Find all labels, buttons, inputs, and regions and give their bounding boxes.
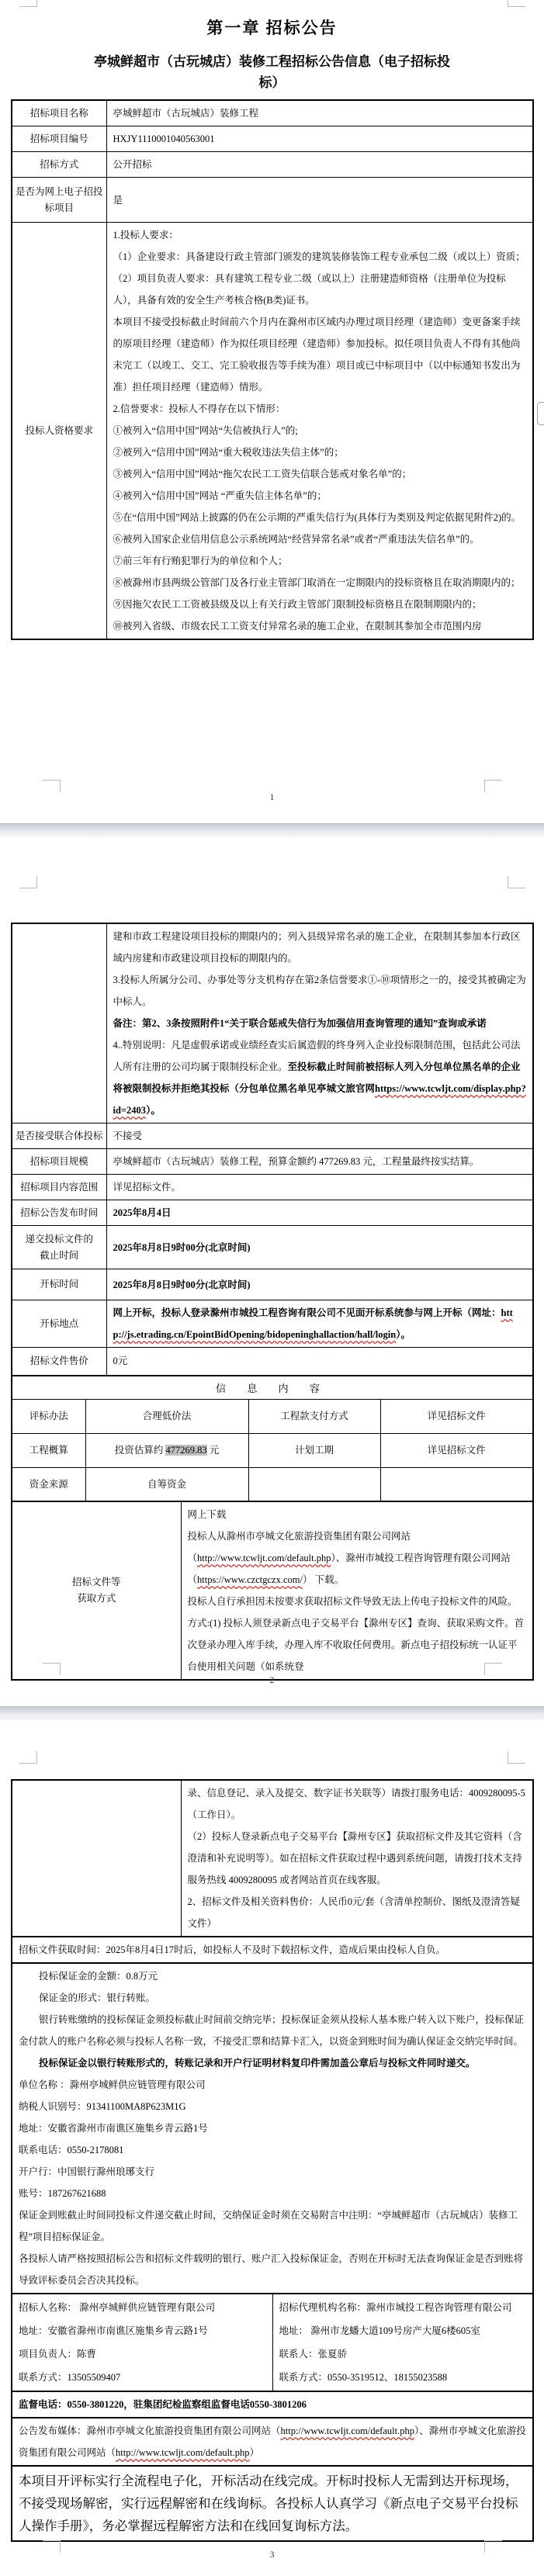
- table-row: 招标项目名称 亭城鲜超市（古玩城店）装修工程: [12, 100, 533, 126]
- deposit-transfer-rule: 银行转账缴纳的投标保证金须投标截止时间前交纳完毕；投标保证金须从投标人基本账户转…: [19, 2009, 526, 2052]
- qualification-content-page1: 1.投标人要求： （1）企业要求：具备建设行政主管部门颁发的建筑装修装饰工程专业…: [106, 223, 533, 640]
- media-text: ）: [249, 2447, 259, 2458]
- tenderer-contact-cell: 招标人名称： 滁州亭城鲜供应链管理有限公司 地址：安徽省滁州市南谯区施集乡青云路…: [12, 2294, 272, 2391]
- deposit-amount: 投标保证金的金额：0.8万元: [19, 1965, 526, 1987]
- qualification-line: 建和市政工程建设项目投标的期限内的；列入县级异常名录的施工企业，在限制其参加本行…: [113, 926, 527, 969]
- obtain-paren: （: [188, 1553, 198, 1563]
- deposit-company: 单位名称 ：滁州亭城鲜供应链管理有限公司: [19, 2074, 526, 2096]
- media-row: 公告发布媒体：滁州市亭城文化旅游投资集团有限公司网站（http://www.tc…: [12, 2418, 533, 2466]
- blacklist-close-text: ）。: [146, 1105, 161, 1116]
- table-row: 是否为网上电子招投标项目 是: [12, 178, 533, 223]
- qualification-label: 投标人资格要求: [12, 223, 106, 640]
- table-row: 开标时间 2025年8月8日9时00分(北京时间): [12, 1269, 533, 1300]
- obtain-label: 招标文件等 获取方式: [12, 1501, 181, 1680]
- qualification-note-line: 备注：第2、3条按照附件1“关于联合惩戒失信行为加强信用查询管理的通知”查询或承…: [113, 1013, 527, 1034]
- obtain-text: ）、滁州市城投工程咨询管理有限公司网站: [331, 1553, 510, 1563]
- deposit-account: 账号：187267621688: [19, 2183, 526, 2204]
- eval-method-value: 合理低价法: [85, 1399, 248, 1433]
- budget-suffix: 元: [207, 1445, 220, 1456]
- open-place-close: ）。: [396, 1329, 411, 1340]
- tenderer-name: 招标人名称： 滁州亭城鲜供应链管理有限公司: [19, 2296, 266, 2319]
- scale-value: 亭城鲜超市（古玩城店）装修工程，预算金额约 477269.83 元，工程量最终按…: [106, 1149, 533, 1175]
- obtain-line: （2）投标人登录新点电子交易平台【滁州专区】获取招标文件及其它资料（含澄清和补充…: [188, 1826, 527, 1891]
- qualification-line: ⑥被列入国家企业信用信息公示系统网站“经营异常名录”或者“严重违法失信名单”的。: [113, 528, 527, 550]
- qualification-line: ①被列入“信用中国”网站“失信被执行人”的;: [113, 420, 527, 441]
- scrollbar-thumb[interactable]: [537, 402, 544, 425]
- qualification-content-page2: 建和市政工程建设项目投标的期限内的；列入县级异常名录的施工企业，在限制其参加本行…: [106, 923, 533, 1124]
- margin-mark-bottom-right: [484, 1663, 502, 1675]
- fund-source-value: 自筹资金: [85, 1467, 248, 1501]
- page-number: 2: [0, 1674, 544, 1686]
- deadline-label-line1: 递交投标文件的: [15, 1231, 104, 1248]
- open-time-value: 2025年8月8日9时00分(北京时间): [106, 1269, 533, 1300]
- agency-contact: 联系人：张夏骄: [279, 2342, 527, 2366]
- obtain-time-row: 招标文件获取时间：2025年8月4日17时后，如投标人不及时下载招标文件，造成后…: [12, 1937, 533, 1963]
- qualification-line: 2.信誉要求：投标人不得存在以下情形：: [113, 398, 527, 420]
- open-place-row: 开标地点 网上开标，投标人登录滁州市城投工程咨询有限公司不见面开标系统参与网上开…: [12, 1300, 533, 1348]
- table-row: 招标项目内容范围 详见招标文件。: [12, 1175, 533, 1200]
- table-row: 是否接受联合体投标 不接受: [12, 1124, 533, 1149]
- qualification-line: ⑩被列入省级、市级农民工工资支付异常名录的施工企业，在限制其参加全市范围内房: [113, 615, 527, 637]
- final-note-table: 本项目开评标实行全流程电子化，开标活动在线完成。开标时投标人无需到达开标现场，不…: [11, 2465, 534, 2542]
- deposit-bank: 开户行：中国银行滁州琅琊支行: [19, 2161, 526, 2183]
- agency-name: 招标代理机构名称：滁州市城投工程咨询管理有限公司: [279, 2296, 527, 2319]
- deposit-content: 投标保证金的金额：0.8万元 保证金的形式：银行转账。 银行转账缴纳的投标保证金…: [12, 1963, 533, 2294]
- final-note-row: 本项目开评标实行全流程电子化，开标活动在线完成。开标时投标人无需到达开标现场，不…: [12, 2466, 533, 2541]
- contacts-row: 招标人名称： 滁州亭城鲜供应链管理有限公司 地址：安徽省滁州市南谯区施集乡青云路…: [12, 2294, 533, 2391]
- table-row: 招标文件售价 0元: [12, 1348, 533, 1376]
- document-viewer: 第一章 招标公告 亭城鲜超市（古玩城店）装修工程招标公告信息（电子招标投标） 招…: [0, 0, 544, 2576]
- info-content-header: 信 息 内 容: [12, 1376, 533, 1400]
- obtain-line: 网上下载: [188, 1504, 527, 1525]
- table-row: 招标公告发布时间 2025年8月4日: [12, 1200, 533, 1226]
- chapter-title: 第一章 招标公告: [0, 16, 544, 39]
- tenderer-address: 地址：安徽省滁州市南谯区施集乡青云路1号: [19, 2319, 266, 2342]
- obtain-time-table: 招标文件获取时间：2025年8月4日17时后，如投标人不及时下载招标文件，造成后…: [11, 1936, 534, 1964]
- table-row: 资金来源 自筹资金: [12, 1467, 533, 1501]
- agency-contact-cell: 招标代理机构名称：滁州市城投工程咨询管理有限公司 地址： 滁州市龙蟠大道109号…: [272, 2294, 533, 2391]
- duration-value: 详见招标文件: [380, 1433, 533, 1467]
- scope-label: 招标项目内容范围: [12, 1175, 106, 1200]
- budget-amount-highlighted: 477269.83: [165, 1445, 206, 1456]
- obtain-content-page2: 网上下载 投标人从滁州市亭城文化旅游投资集团有限公司网站 （http://www…: [181, 1501, 533, 1680]
- media-table: 公告发布媒体：滁州市亭城文化旅游投资集团有限公司网站（http://www.tc…: [11, 2417, 534, 2467]
- media-content: 公告发布媒体：滁州市亭城文化旅游投资集团有限公司网站（http://www.tc…: [12, 2418, 533, 2466]
- table-row: 招标方式 公开招标: [12, 152, 533, 178]
- obtain-line: （http://www.tcwljt.com/default.php）、滁州市城…: [188, 1547, 527, 1569]
- obtain-line: 2、招标文件及相关资料售价：人民币0元/套（含清单控制价、图纸及澄清答疑文件）: [188, 1891, 527, 1934]
- deposit-bold-note: 投标保证金以银行转账形式的，转账记录和开户行证明材料复印件需加盖公章后与投标文件…: [19, 2052, 526, 2074]
- fund-source-label: 资金来源: [12, 1467, 85, 1501]
- qualification-line: （2）项目负责人要求：具有建筑工程专业二级（或以上）注册建造师资格（注册单位为投…: [113, 268, 527, 311]
- main-table-page2: 建和市政工程建设项目投标的期限内的；列入县级异常名录的施工企业，在限制其参加本行…: [11, 923, 534, 1376]
- obtain-table-page3: 录、信息登记、录入及提交、数字证书关联等）请拨打服务电话：4009280095-…: [11, 1779, 534, 1937]
- obtain-label-line1: 招标文件等: [15, 1574, 178, 1591]
- scale-label: 招标项目规模: [12, 1149, 106, 1175]
- method-value: 公开招标: [106, 152, 533, 178]
- online-label: 是否为网上电子招投标项目: [12, 178, 106, 223]
- budget-label: 工程概算: [12, 1433, 85, 1467]
- qualification-line: ⑧被滁州市县两级公管部门及各行业主管部门取消在一定期限内的投标资格且在取消期限内…: [113, 572, 527, 594]
- page-3: 录、信息登记、录入及提交、数字证书关联等）请拨打服务电话：4009280095-…: [0, 1720, 544, 2576]
- consortium-label: 是否接受联合体投标: [12, 1124, 106, 1149]
- consortium-value: 不接受: [106, 1124, 533, 1149]
- publish-time-label: 招标公告发布时间: [12, 1200, 106, 1226]
- page-separator: [0, 823, 544, 837]
- info-header-row: 信 息 内 容: [12, 1376, 533, 1400]
- page-1: 第一章 招标公告 亭城鲜超市（古玩城店）装修工程招标公告信息（电子招标投标） 招…: [0, 0, 544, 823]
- deposit-phone: 联系电话：0550-2178081: [19, 2139, 526, 2161]
- project-name-value: 亭城鲜超市（古玩城店）装修工程: [106, 100, 533, 126]
- obtain-row: 招标文件等 获取方式 网上下载 投标人从滁州市亭城文化旅游投资集团有限公司网站 …: [12, 1501, 533, 1680]
- obtain-continuation-row: 录、信息登记、录入及提交、数字证书关联等）请拨打服务电话：4009280095-…: [12, 1780, 533, 1937]
- obtain-table-page2: 招标文件等 获取方式 网上下载 投标人从滁州市亭城文化旅游投资集团有限公司网站 …: [11, 1501, 534, 1681]
- qualification-label-empty: [12, 923, 106, 1124]
- table-row: 评标办法 合理低价法 工程款支付方式 详见招标文件: [12, 1399, 533, 1433]
- tenderer-manager: 项目负责人：陈曹: [19, 2342, 266, 2366]
- qualification-line: ②被列入“信用中国”网站“重大税收违法失信主体”的；: [113, 441, 527, 463]
- obtain-paren: （: [188, 1574, 198, 1585]
- obtain-time-value: 招标文件获取时间：2025年8月4日17时后，如投标人不及时下载招标文件，造成后…: [12, 1937, 533, 1963]
- deadline-label: 递交投标文件的 截止时间: [12, 1226, 106, 1269]
- scope-value: 详见招标文件。: [106, 1175, 533, 1200]
- page-number: 1: [0, 791, 544, 803]
- contacts-table: 招标人名称： 滁州亭城鲜供应链管理有限公司 地址：安徽省滁州市南谯区施集乡青云路…: [11, 2293, 534, 2392]
- budget-value: 投资估算约 477269.83 元: [85, 1433, 248, 1467]
- qualification-continuation-row: 建和市政工程建设项目投标的期限内的；列入县级异常名录的施工企业，在限制其参加本行…: [12, 923, 533, 1124]
- final-note-text: 本项目开评标实行全流程电子化，开标活动在线完成。开标时投标人无需到达开标现场，不…: [12, 2466, 533, 2541]
- deposit-table: 投标保证金的金额：0.8万元 保证金的形式：银行转账。 银行转账缴纳的投标保证金…: [11, 1962, 534, 2294]
- page-2: 建和市政工程建设项目投标的期限内的；列入县级异常名录的施工企业，在限制其参加本行…: [0, 837, 544, 1706]
- open-place-label: 开标地点: [12, 1300, 106, 1348]
- agency-phone: 联系方式：0550-3519512、18155023588: [279, 2366, 527, 2389]
- project-no-value: HXJY1110001040563001: [106, 126, 533, 152]
- payment-value: 详见招标文件: [380, 1399, 533, 1433]
- page-separator: [0, 1706, 544, 1720]
- media-text: 公告发布媒体：滁州市亭城文化旅游投资集团有限公司网站（: [19, 2425, 281, 2436]
- info-content-table: 信 息 内 容 评标办法 合理低价法 工程款支付方式 详见招标文件 工程概算 投…: [11, 1375, 534, 1503]
- deposit-warning: 各投标人请严格按照招标公告和招标文件载明的银行、账户汇入投标保证金，否则在开标时…: [19, 2248, 526, 2291]
- budget-prefix: 投资估算约: [115, 1445, 166, 1456]
- duration-label: 计划工期: [248, 1433, 380, 1467]
- qualification-line: 3.投标人所属分公司、办事处等分支机构存在第2条信誉要求①-⑩项情形之一的，接受…: [113, 969, 527, 1013]
- agency-address: 地址： 滁州市龙蟠大道109号房产大厦6楼605室: [279, 2319, 527, 2342]
- table-row: 招标项目编号 HXJY1110001040563001: [12, 126, 533, 152]
- obtain-content-page3: 录、信息登记、录入及提交、数字证书关联等）请拨打服务电话：4009280095-…: [181, 1780, 533, 1937]
- qualification-line: 本项目不接受投标截止时间前六个月内在滁州市区域内办理过项目经理（建造师）变更备案…: [113, 311, 527, 398]
- margin-mark-top-left: [19, 876, 37, 888]
- margin-mark-top-right: [508, 876, 525, 888]
- supervision-phone: 监督电话：0550-3801220，驻集团纪检监察组监督电话0550-38012…: [12, 2391, 533, 2418]
- basic-info-table: 招标项目名称 亭城鲜超市（古玩城店）装修工程 招标项目编号 HXJY111000…: [11, 99, 534, 640]
- empty-cell: [248, 1467, 380, 1501]
- deposit-deadline-note: 保证金到账截止时间同投标文件递交截止时间，交纳保证金时须在交易附言中注明：“亭城…: [19, 2204, 526, 2248]
- tenderer-phone: 联系方式：13505509407: [19, 2366, 266, 2389]
- tcwljt-url-link[interactable]: http://www.tcwljt.com/default.php: [197, 1553, 331, 1563]
- supervision-table: 监督电话：0550-3801220，驻集团纪检监察组监督电话0550-38012…: [11, 2391, 534, 2418]
- margin-mark-bottom-left: [43, 780, 61, 792]
- open-place-value: 网上开标，投标人登录滁州市城投工程咨询有限公司不见面开标系统参与网上开标（网址：…: [106, 1300, 533, 1348]
- qualification-line: ③被列入“信用中国”网站“拖欠农民工工资失信联合惩戒对象名单”的；: [113, 463, 527, 485]
- eval-method-label: 评标办法: [12, 1399, 85, 1433]
- qualification-line: 1.投标人要求：: [113, 224, 527, 246]
- qualification-line: ⑦前三年有行贿犯罪行为的单位和个人；: [113, 550, 527, 572]
- margin-mark-bottom-left: [43, 1663, 61, 1675]
- doc-price-label: 招标文件售价: [12, 1348, 106, 1376]
- qualification-line: ④被列入“信用中国”网站 “严重失信主体名单”的；: [113, 485, 527, 507]
- obtain-line: 方式:(1) 投标人须登录新点电子交易平台【滁州专区】查询、获取采购文件。首次登…: [188, 1612, 527, 1678]
- margin-mark-top-right: [508, 0, 525, 7]
- open-time-label: 开标时间: [12, 1269, 106, 1300]
- publish-time-value: 2025年8月4日: [106, 1200, 533, 1226]
- deposit-tax-id: 纳税人识别号：91341100MA8P623M1G: [19, 2096, 526, 2117]
- project-no-label: 招标项目编号: [12, 126, 106, 152]
- deposit-form: 保证金的形式：银行转账。: [19, 1987, 526, 2009]
- obtain-line: 投标人从滁州市亭城文化旅游投资集团有限公司网站: [188, 1525, 527, 1547]
- media-url-link-1[interactable]: http://www.tcwljt.com/default.php: [281, 2425, 414, 2436]
- obtain-line: 录、信息登记、录入及提交、数字证书关联等）请拨打服务电话：4009280095-…: [188, 1782, 527, 1826]
- obtain-line: （https://www.czctgczx.com/） 下载。: [188, 1569, 527, 1591]
- margin-mark-top-left: [19, 0, 37, 7]
- page-number: 3: [0, 2549, 544, 2560]
- qualification-line: （1）企业要求：具备建设行政主管部门颁发的建筑装修装饰工程专业承包二级（或以上）…: [113, 246, 527, 268]
- obtain-label-empty: [12, 1780, 181, 1937]
- table-row: 工程概算 投资估算约 477269.83 元 计划工期 详见招标文件: [12, 1433, 533, 1467]
- project-name-label: 招标项目名称: [12, 100, 106, 126]
- czctgczx-url-link[interactable]: https://www.czctgczx.com/: [197, 1574, 303, 1585]
- open-place-text: 网上开标，投标人登录滁州市城投工程咨询有限公司不见面开标系统参与网上开标（网址：: [113, 1307, 501, 1318]
- qualification-row: 投标人资格要求 1.投标人要求： （1）企业要求：具备建设行政主管部门颁发的建筑…: [12, 223, 533, 640]
- table-row: 递交投标文件的 截止时间 2025年8月8日9时00分(北京时间): [12, 1226, 533, 1269]
- payment-label: 工程款支付方式: [248, 1399, 380, 1433]
- obtain-line: 投标人自行承担因未按要求获取招标文件导致无法上传电子投标文件的风险。: [188, 1591, 527, 1612]
- margin-mark-bottom-right: [484, 780, 502, 792]
- table-row: 招标项目规模 亭城鲜超市（古玩城店）装修工程，预算金额约 477269.83 元…: [12, 1149, 533, 1175]
- margin-mark-top-left: [19, 1751, 37, 1764]
- deadline-value: 2025年8月8日9时00分(北京时间): [106, 1226, 533, 1269]
- qualification-special-line: 4..特别说明：凡是虚假承诺或业绩经查实后属造假的终身列入企业投标限制范围，包括…: [113, 1034, 527, 1121]
- deadline-label-line2: 截止时间: [15, 1248, 104, 1264]
- supervision-row: 监督电话：0550-3801220，驻集团纪检监察组监督电话0550-38012…: [12, 2391, 533, 2418]
- obtain-label-line2: 获取方式: [15, 1591, 178, 1607]
- qualification-line: ⑨因拖欠农民工工资被县级及以上有关行政主管部门限制投标资格且在限制期限内的；: [113, 594, 527, 615]
- margin-mark-top-right: [508, 1751, 525, 1764]
- media-url-link-2[interactable]: http://www.tcwljt.com/default.php: [116, 2447, 249, 2458]
- announcement-subtitle: 亭城鲜超市（古玩城店）装修工程招标公告信息（电子招标投标）: [90, 51, 455, 93]
- qualification-line: ⑤在“信用中国”网站上披露的仍在公示期的严重失信行为(具体行为类别及判定依据见附…: [113, 507, 527, 528]
- deposit-address: 地址：安徽省滁州市南谯区施集乡青云路1号: [19, 2117, 526, 2139]
- obtain-text: ） 下载。: [303, 1574, 344, 1585]
- method-label: 招标方式: [12, 152, 106, 178]
- empty-cell: [380, 1467, 533, 1501]
- online-value: 是: [106, 178, 533, 223]
- deposit-row: 投标保证金的金额：0.8万元 保证金的形式：银行转账。 银行转账缴纳的投标保证金…: [12, 1963, 533, 2294]
- doc-price-value: 0元: [106, 1348, 533, 1376]
